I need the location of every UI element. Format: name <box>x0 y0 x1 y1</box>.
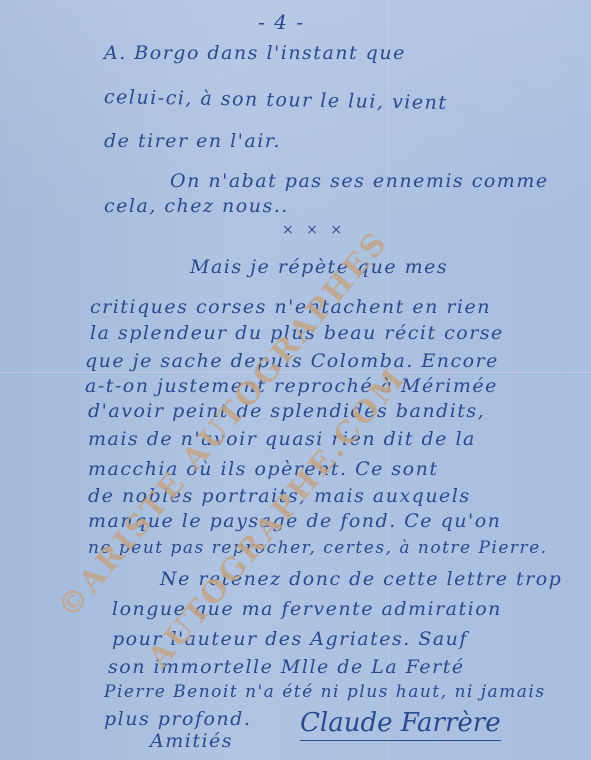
letter-line: de tirer en l'air. <box>104 130 281 152</box>
letter-line: ne peut pas reprocher, certes, à notre P… <box>88 538 548 558</box>
paper-fold-horizontal <box>0 372 591 374</box>
letter-line: a-t-on justement reproché à Mérimée <box>85 375 498 397</box>
letter-line: mais de n'avoir quasi rien dit de la <box>88 428 476 450</box>
letter-line: Mais je répète que mes <box>190 256 448 278</box>
letter-line: cela, chez nous.. <box>104 195 289 217</box>
signature: Claude Farrère <box>300 708 501 741</box>
letter-line: A. Borgo dans l'instant que <box>104 42 406 64</box>
closing-salutation: Amitiés <box>150 730 233 752</box>
section-separator: × × × <box>282 222 346 238</box>
letter-line: Pierre Benoit n'a été ni plus haut, ni j… <box>104 682 546 702</box>
letter-line: macchia où ils opèrent. Ce sont <box>88 458 438 480</box>
letter-line: d'avoir peint de splendides bandits, <box>88 400 485 422</box>
page-number: - 4 - <box>258 10 304 34</box>
letter-line: On n'abat pas ses ennemis comme <box>170 170 549 192</box>
letter-line: plus profond. <box>104 708 251 730</box>
letter-line: critiques corses n'entachent en rien <box>90 296 491 318</box>
